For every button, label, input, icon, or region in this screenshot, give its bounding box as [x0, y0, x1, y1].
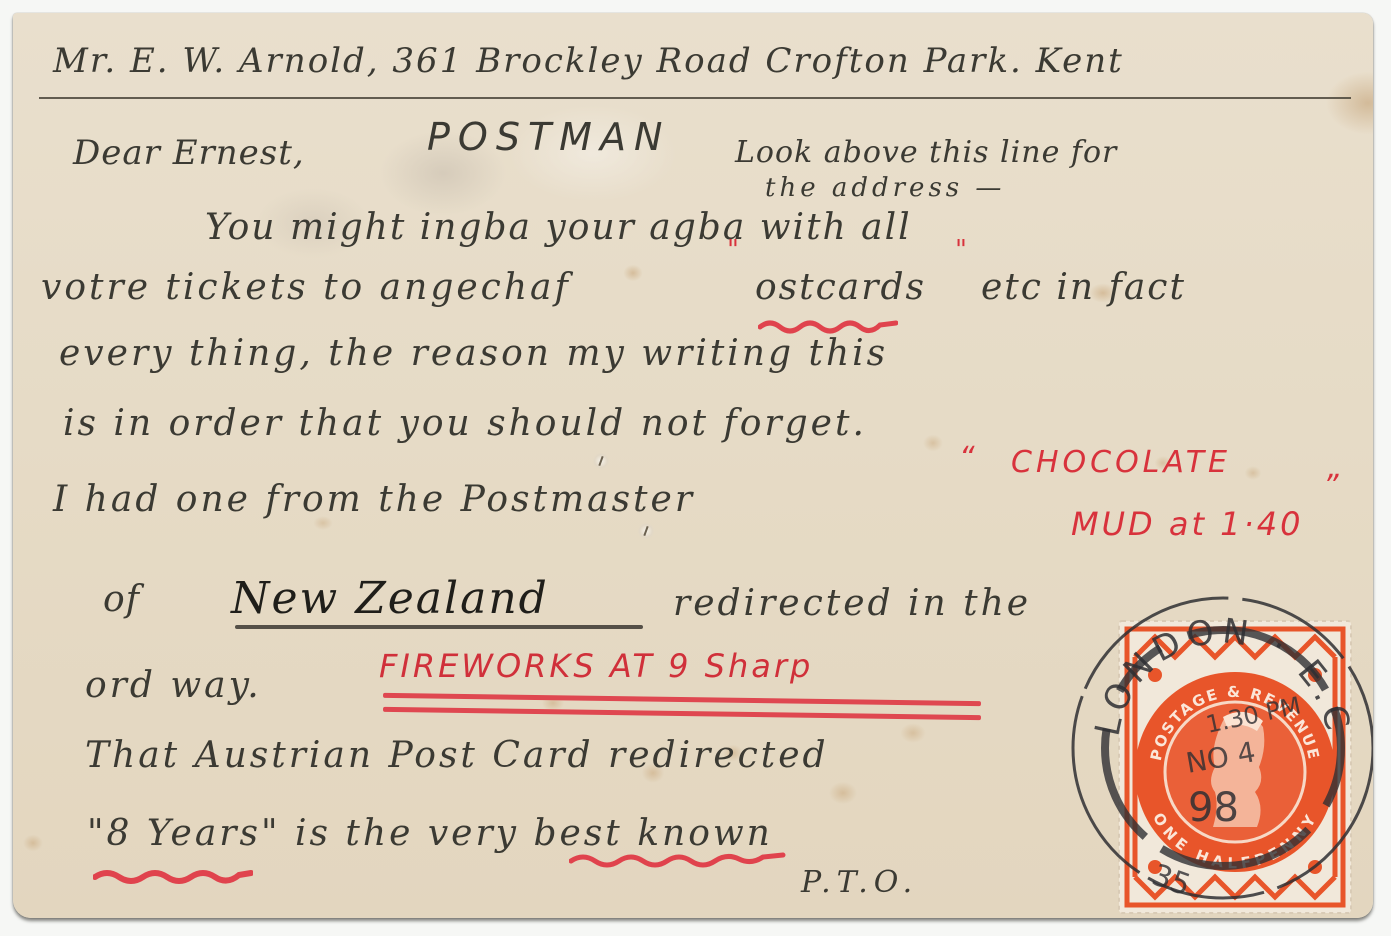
postman-note-line1: Look above this line for	[735, 135, 1117, 170]
close-quote-mark: "	[955, 235, 968, 265]
body-line-6-prefix: of	[103, 579, 140, 620]
stamp-graphic: POSTAGE & REVENUE ONE HALFPENNY	[1115, 617, 1355, 917]
body-line-5: I had one from the Postmaster	[53, 479, 695, 520]
postman-note-line2: the address —	[765, 173, 1005, 203]
body-line-7: ord way.	[85, 665, 262, 706]
red-squiggle-underline-8-years	[93, 865, 253, 885]
body-line-2: votre tickets to angechaf	[41, 267, 571, 308]
postcard: Mr. E. W. Arnold, 361 Brockley Road Crof…	[13, 13, 1373, 918]
chocolate-close-quote: ”	[1323, 469, 1339, 504]
new-zealand-underline	[235, 625, 643, 629]
quoted-word: ostcards	[755, 267, 926, 308]
chocolate-open-quote: “	[959, 441, 975, 476]
pin-hole-1	[593, 453, 609, 469]
body-line-9: "8 Years" is the very best known	[87, 813, 773, 854]
body-line-8: That Austrian Post Card redirected	[85, 735, 829, 776]
postman-heading: POSTMAN	[427, 115, 670, 159]
pin-hole-2	[638, 523, 654, 539]
body-line-3: every thing, the reason my writing this	[59, 333, 888, 374]
body-line-6-suffix: redirected in the	[673, 583, 1031, 624]
address-divider-line	[39, 97, 1351, 99]
fireworks-note: FIREWORKS AT 9 Sharp	[379, 647, 813, 685]
body-line-4: is in order that you should not forget.	[63, 403, 867, 444]
halfpenny-stamp: POSTAGE & REVENUE ONE HALFPENNY	[1115, 617, 1355, 917]
quoted-word-trailing-text: etc in fact	[981, 267, 1186, 308]
scan-background: Mr. E. W. Arnold, 361 Brockley Road Crof…	[0, 0, 1391, 936]
open-quote-mark: "	[727, 235, 740, 265]
red-squiggle-underline-very-best	[569, 849, 789, 869]
fireworks-underline-2	[383, 707, 981, 720]
pto-signoff: P.T.O.	[801, 865, 918, 900]
underlined-new-zealand: New Zealand	[231, 573, 549, 624]
chocolate-line-2: MUD at 1·40	[1071, 505, 1303, 543]
address-line: Mr. E. W. Arnold, 361 Brockley Road Crof…	[53, 41, 1124, 81]
body-line-1: You might ingba your agba with all	[205, 207, 912, 248]
fireworks-underline-1	[383, 693, 981, 706]
chocolate-line-1: CHOCOLATE	[1011, 445, 1231, 480]
greeting: Dear Ernest,	[73, 133, 305, 173]
